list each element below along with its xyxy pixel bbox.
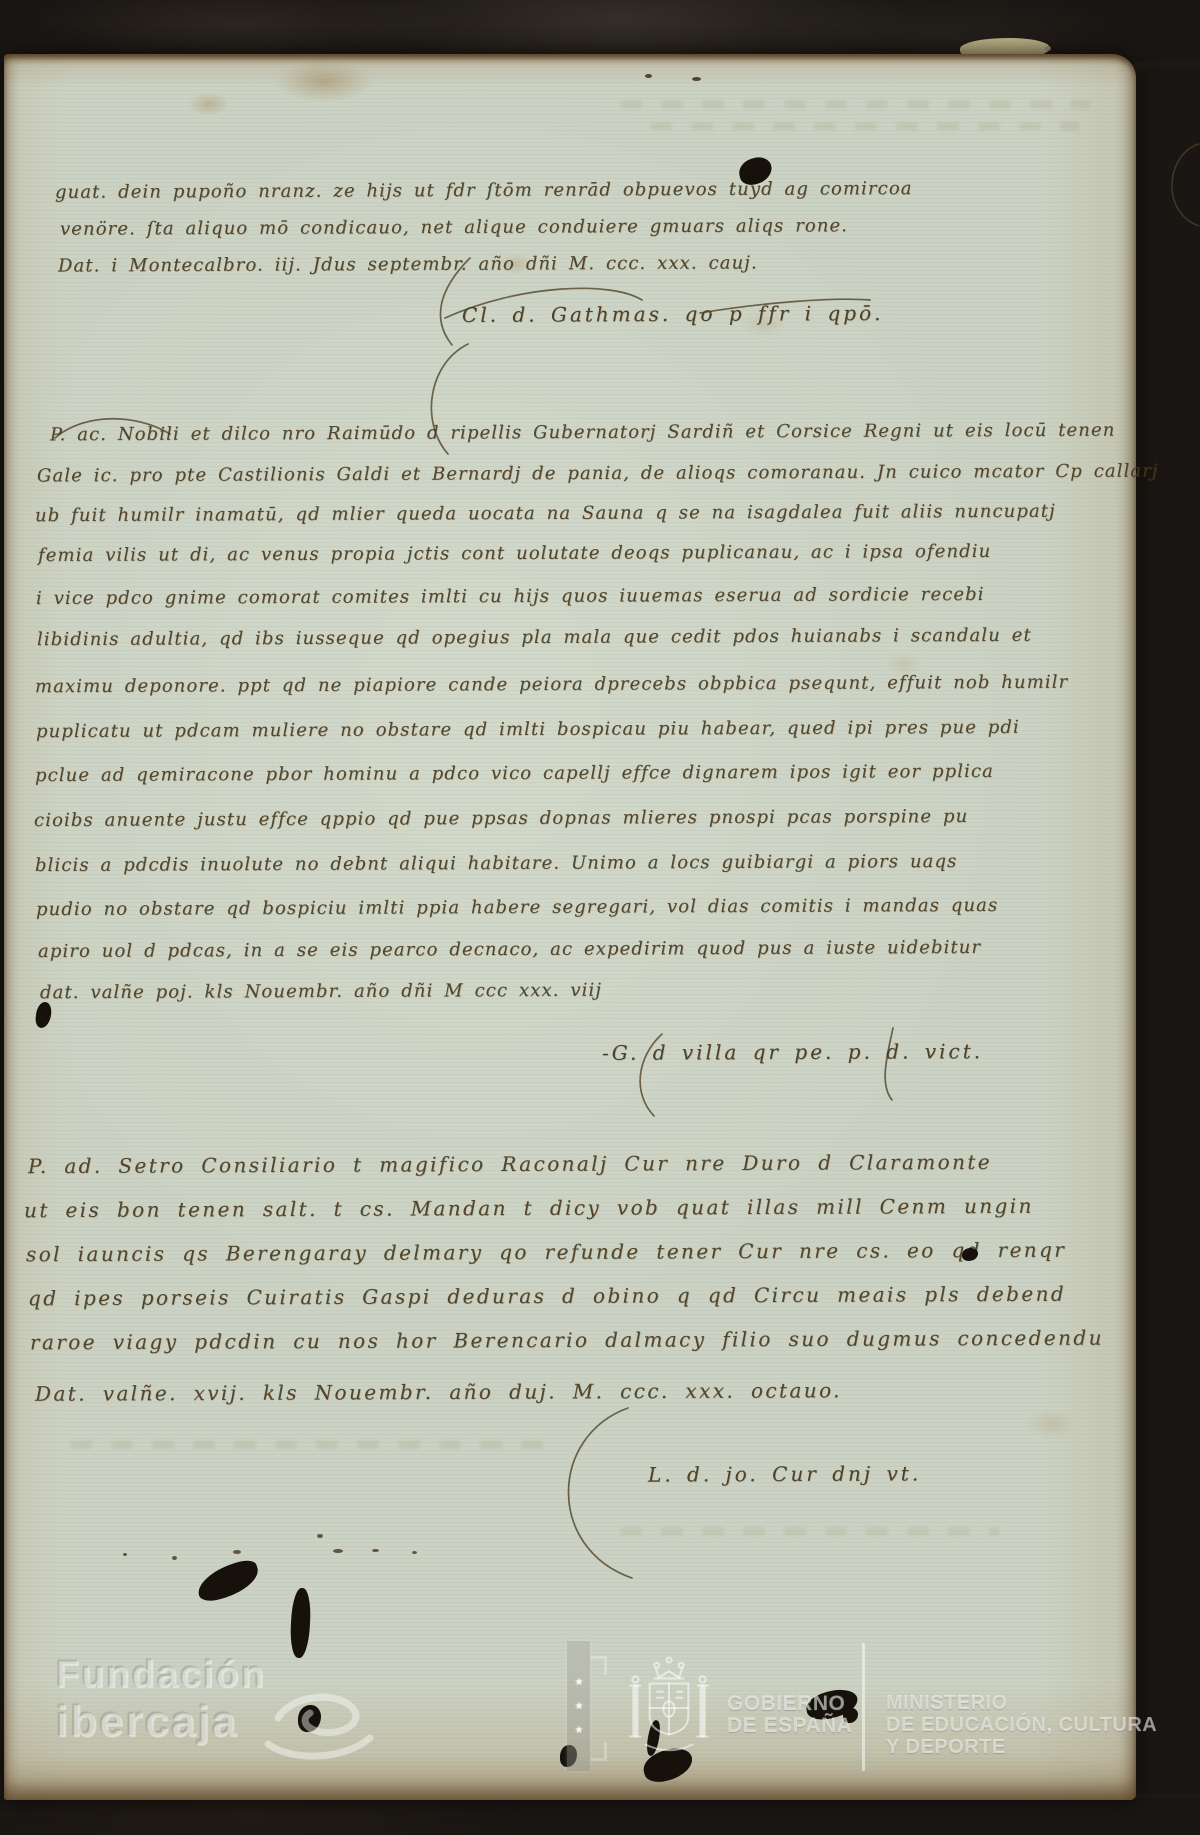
star-icon: ★: [572, 1701, 586, 1712]
ink-speck: [412, 1551, 417, 1554]
ink-speck: [123, 1553, 127, 1556]
bracket-mark-icon: [591, 1656, 607, 1675]
ink-speck: [333, 1549, 343, 1553]
ink-speck: [372, 1549, 379, 1552]
ink-speck: [172, 1556, 177, 1560]
ibercaja-logo-icon: [262, 1680, 377, 1770]
star-icon: ★: [572, 1677, 586, 1688]
watermark-divider: [862, 1643, 865, 1771]
stars-bar-icon: ★ ★ ★: [567, 1641, 590, 1771]
star-icon: ★: [572, 1725, 586, 1736]
ibercaja-watermark-line2: ibercaja: [56, 1697, 238, 1747]
spain-coat-of-arms-icon: [618, 1653, 720, 1767]
ministerio-watermark-line2: DE EDUCACIÓN, CULTURA: [886, 1714, 1157, 1737]
ink-speck: [233, 1550, 241, 1554]
ministerio-watermark-line1: MINISTERIO: [886, 1692, 1008, 1715]
ministerio-watermark-line3: Y DEPORTE: [886, 1736, 1006, 1759]
bracket-mark-icon: [591, 1742, 607, 1761]
archive-photo-stage: guat. dein pupoño nranz. ze hijs ut fdr …: [0, 0, 1200, 1835]
ink-speck: [317, 1534, 323, 1538]
gobierno-watermark-line1: GOBIERNO: [727, 1692, 845, 1716]
ibercaja-watermark-line1: Fundación: [56, 1654, 266, 1697]
pen-flourish-strokes: [0, 0, 1200, 1835]
gobierno-watermark-line2: DE ESPAÑA: [727, 1714, 852, 1738]
